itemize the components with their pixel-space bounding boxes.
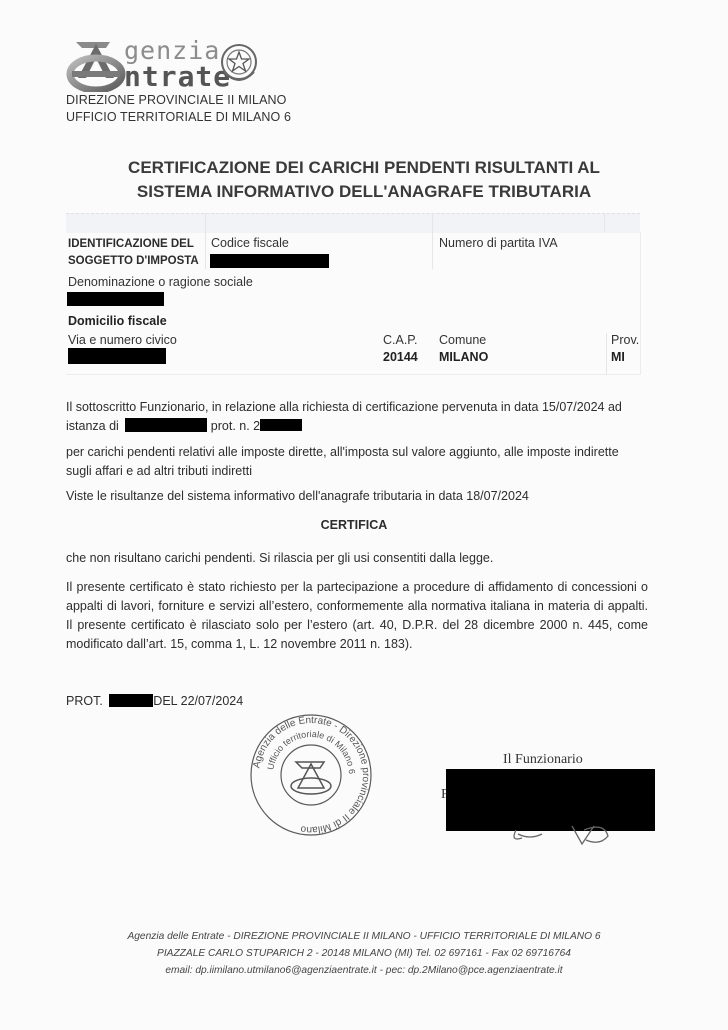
section-label-line2: SOGGETTO D'IMPOSTA [68,253,199,270]
table-header-band [66,213,640,233]
paragraph-taxes: per carichi pendenti relativi alle impos… [66,443,636,481]
prot-label: prot. n. 2 [211,419,260,433]
office-stamp-icon: Agenzia delle Entrate - Direzione provin… [248,712,374,838]
cap-label: C.A.P. [383,333,418,347]
section-label-line1: IDENTIFICAZIONE DEL [68,236,199,253]
prov-value: MI [611,350,625,364]
protocol-date: DEL 22/07/2024 [153,694,243,708]
signature-label: Il Funzionario [503,752,583,768]
comune-value: MILANO [439,350,488,364]
paragraph-no-pending: che non risultano carichi pendenti. Si r… [66,549,646,568]
paragraph-request: Il sottoscritto Funzionario, in relazion… [66,398,646,436]
request-line1: Il sottoscritto Funzionario, in relazion… [66,398,646,417]
agenzia-entrate-logo-icon [66,38,128,92]
section-label-identificazione: IDENTIFICAZIONE DEL SOGGETTO D'IMPOSTA [68,236,199,270]
paragraph-results: Viste le risultanze del sistema informat… [66,487,646,506]
codice-fiscale-label: Codice fiscale [211,236,289,250]
denominazione-redacted [67,292,164,306]
denominazione-label: Denominazione o ragione sociale [68,275,253,289]
footer-line2: PIAZZALE CARLO STUPARICH 2 - 20148 MILAN… [0,945,728,962]
protocol-number-redacted [109,694,153,707]
document-title-line1: CERTIFICAZIONE DEI CARICHI PENDENTI RISU… [0,156,728,180]
italian-republic-emblem-icon [218,40,260,90]
istanza-redacted [125,418,207,432]
via-label: Via e numero civico [68,333,177,347]
domicilio-fiscale-label: Domicilio fiscale [68,314,167,328]
request-line2: istanza di prot. n. 2 [66,417,646,436]
handwritten-signature [500,820,620,850]
comune-label: Comune [439,333,486,347]
cap-value: 20144 [383,350,418,364]
logo-text-ntrate: ntrate [124,60,231,93]
office-name-line2: UFFICIO TERRITORIALE DI MILANO 6 [66,110,291,124]
codice-fiscale-redacted [210,254,329,268]
footer-contacts: email: dp.iimilano.utmilano6@agenziaentr… [0,962,728,979]
via-redacted [68,348,166,364]
footer-line1: Agenzia delle Entrate - DIREZIONE PROVIN… [0,928,728,945]
certifica-heading: CERTIFICA [0,518,708,532]
prov-label: Prov. [611,333,639,347]
office-name-line1: DIREZIONE PROVINCIALE II MILANO [66,93,287,107]
table-divider [604,213,605,232]
prot-number-redacted [260,419,302,431]
document-title-line2: SISTEMA INFORMATIVO DELL'ANAGRAFE TRIBUT… [0,180,728,204]
partita-iva-label: Numero di partita IVA [439,236,558,250]
istanza-label: istanza di [66,419,119,433]
protocol-prefix: PROT. [66,694,103,708]
paragraph-purpose: Il presente certificato è stato richiest… [66,578,648,654]
protocol-line: PROT. DEL 22/07/2024 [66,692,646,711]
